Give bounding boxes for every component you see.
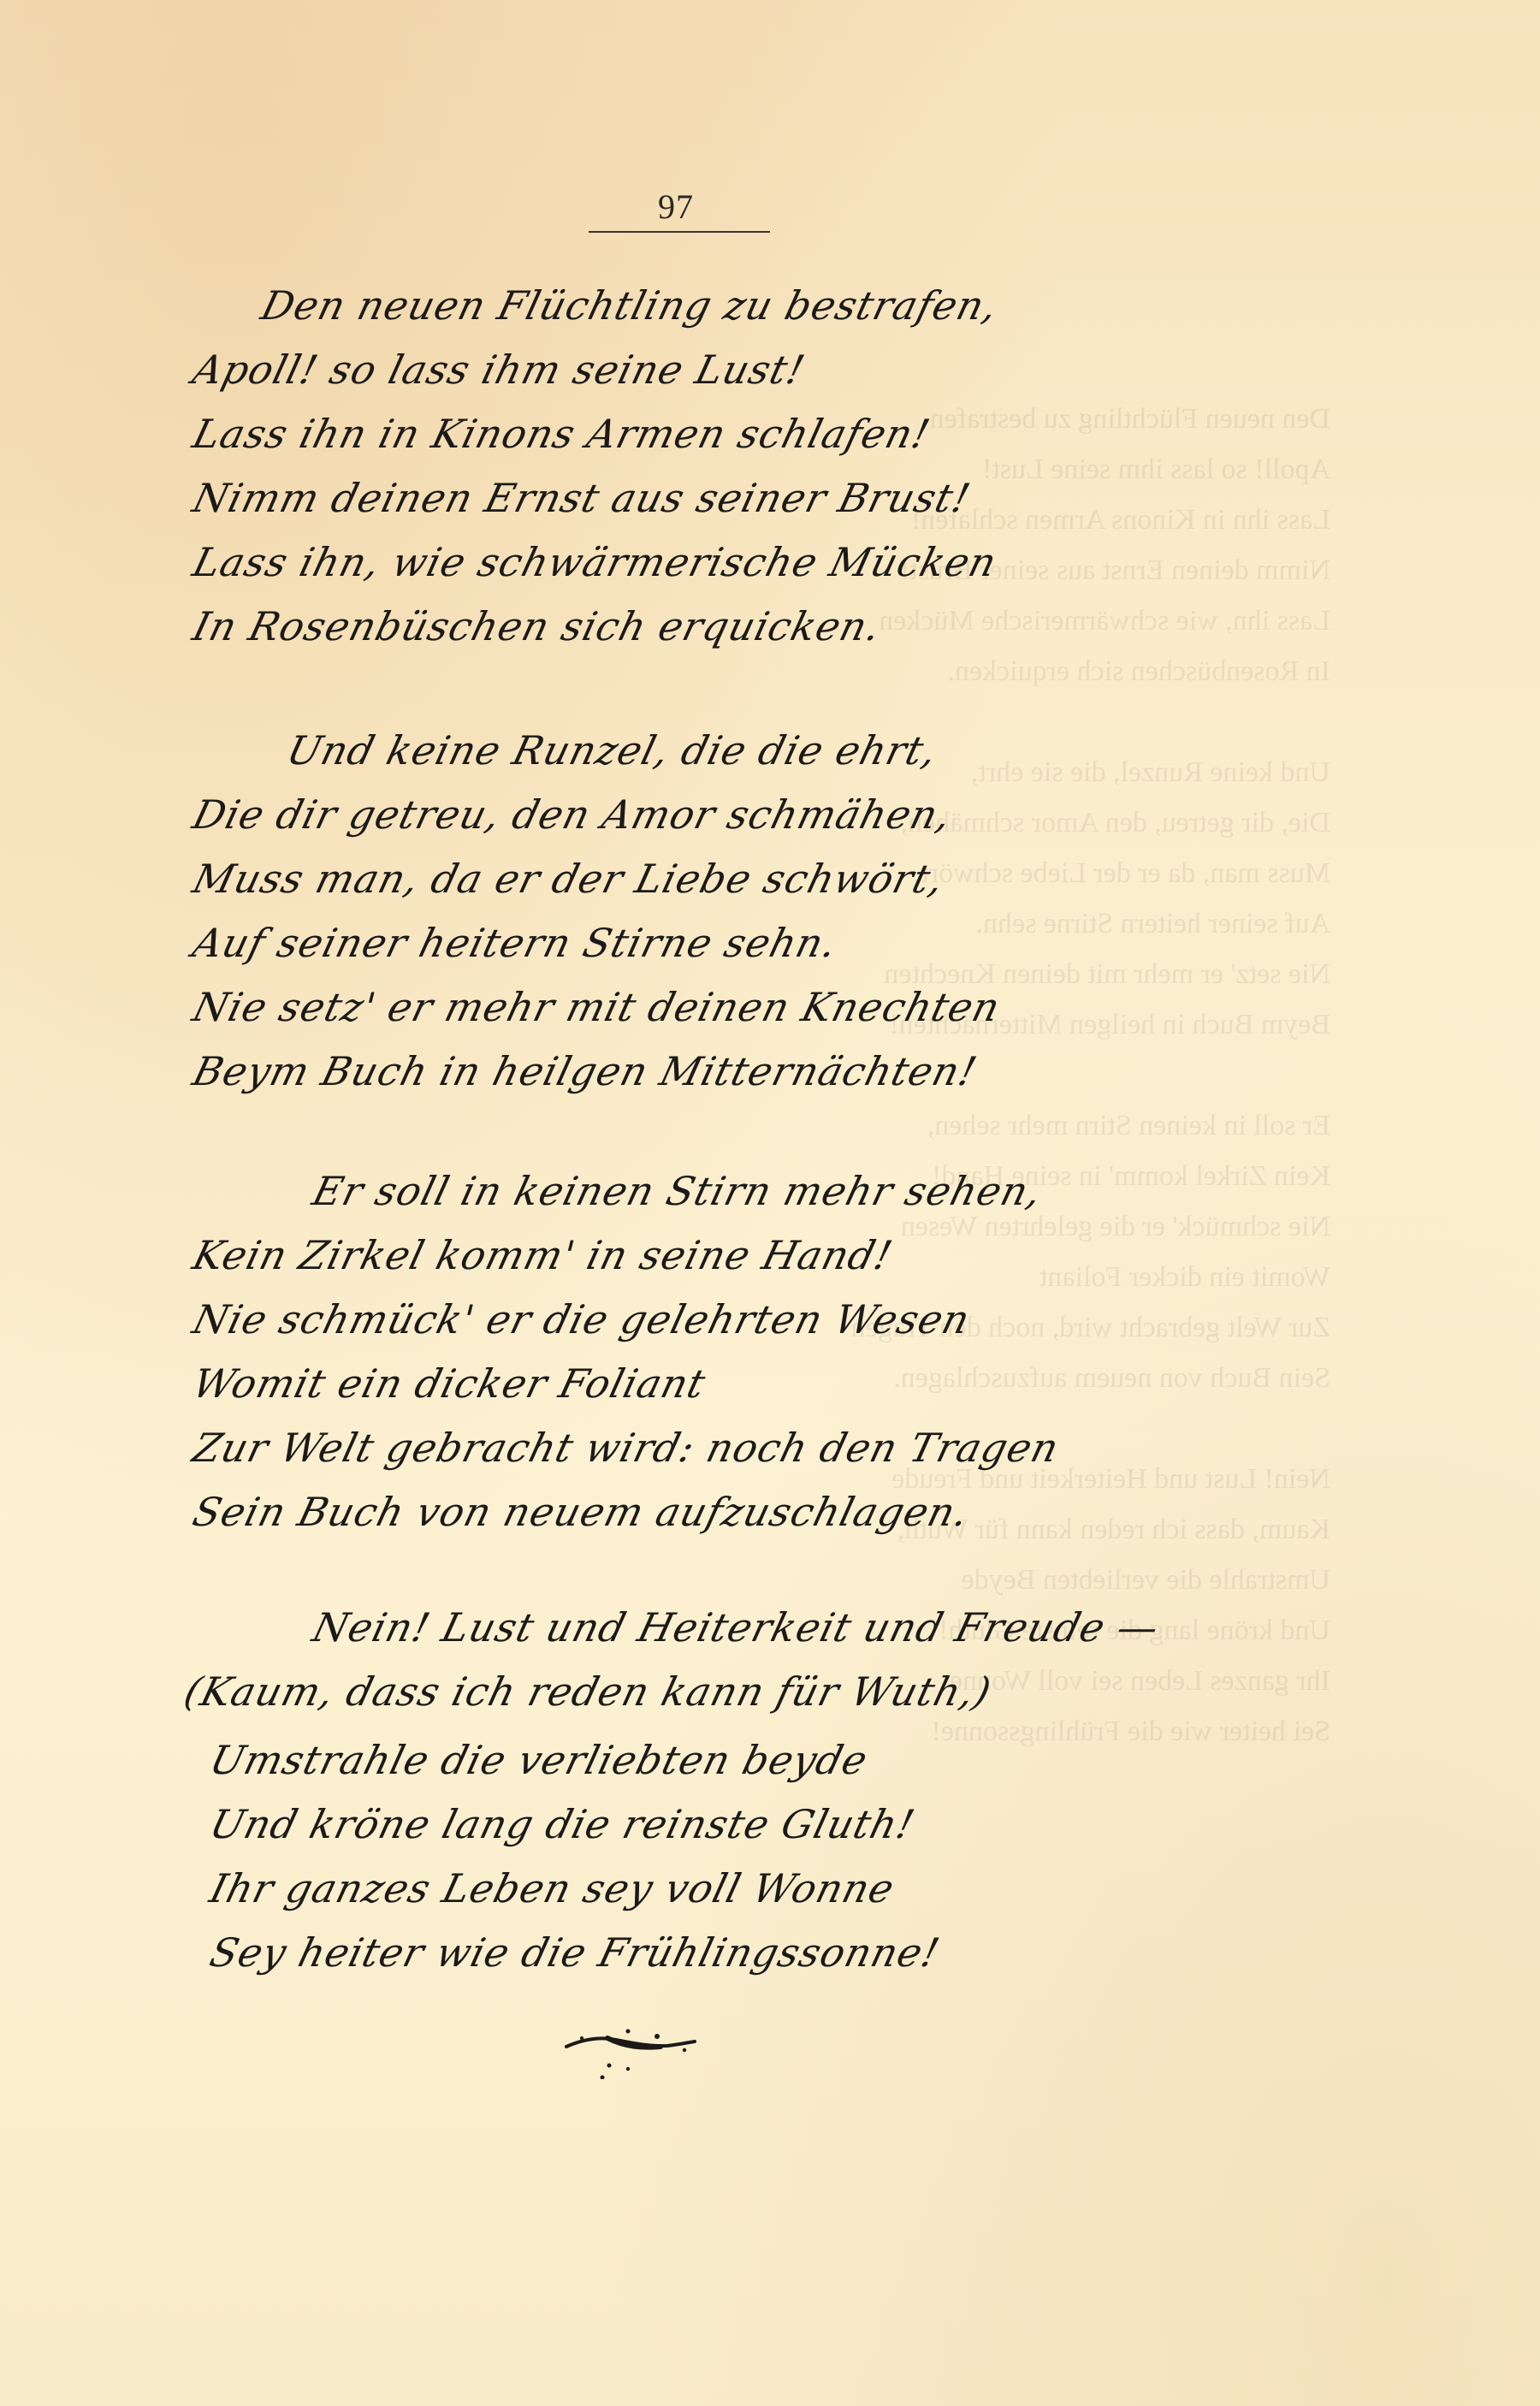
showthrough-line: Er soll in keinen Stirn mehr sehen,: [971, 1100, 1330, 1151]
manuscript-line: Muss man, da er der Liebe schwört,: [188, 856, 949, 902]
manuscript-line: Den neuen Flüchtling zu bestrafen,: [257, 282, 1003, 329]
showthrough-line: Zur Welt gebracht wird, noch den Tragen: [971, 1302, 1330, 1353]
document-page: 97 Den neuen Flüchtling zu bestrafenApol…: [0, 0, 1540, 2406]
showthrough-line: Umstrahle die verliebten Beyde: [971, 1555, 1330, 1605]
manuscript-line: Umstrahle die verliebten beyde: [205, 1737, 873, 1783]
showthrough-line: Muss man, da er der Liebe schwört,: [971, 848, 1330, 898]
showthrough-line: Lass ihn, wie schwärmerische Mücken: [971, 596, 1330, 646]
showthrough-line: Nie setz' er mehr mit deinen Knechten: [971, 949, 1330, 999]
showthrough-line: Sein Buch von neuem aufzuschlagen.: [971, 1353, 1330, 1403]
manuscript-line: Womit ein dicker Foliant: [188, 1360, 711, 1407]
showthrough-line: Ihr ganzes Leben sei voll Wonne: [971, 1656, 1330, 1706]
manuscript-line: Apoll! so lass ihm seine Lust!: [188, 347, 810, 393]
reverse-side-showthrough-text: Den neuen Flüchtling zu bestrafenApoll! …: [971, 394, 1330, 1757]
flourish-ornament-icon: [556, 2028, 710, 2079]
showthrough-line: Apoll! so lass ihm seine Lust!: [971, 444, 1330, 495]
manuscript-line: Lass ihn, wie schwärmerische Mücken: [188, 539, 1002, 585]
showthrough-line: Sei heiter wie die Frühlingssonne!: [971, 1706, 1330, 1757]
showthrough-line: Beym Buch in heilgen Mitternächten!: [971, 999, 1330, 1050]
manuscript-line: Nein! Lust und Heiterkeit und Freude —: [308, 1604, 1164, 1650]
manuscript-line: Er soll in keinen Stirn mehr sehen,: [308, 1168, 1047, 1214]
manuscript-line: Nimm deinen Ernst aus seiner Brust!: [188, 475, 975, 521]
showthrough-line: Den neuen Flüchtling zu bestrafen: [971, 394, 1330, 444]
manuscript-line: Auf seiner heitern Stirne sehn.: [188, 920, 842, 966]
manuscript-line: Nie schmück' er die gelehrten Wesen: [188, 1296, 975, 1342]
showthrough-line: [971, 1050, 1330, 1100]
manuscript-line: Lass ihn in Kinons Armen schlafen!: [188, 411, 935, 457]
manuscript-line: Und kröne lang die reinste Gluth!: [205, 1801, 920, 1847]
manuscript-line: Ihr ganzes Leben sey voll Wonne: [205, 1865, 899, 1911]
manuscript-line: Die dir getreu, den Amor schmähen,: [188, 791, 957, 838]
showthrough-line: Und keine Runzel, die sie ehrt,: [971, 747, 1330, 797]
manuscript-line: Zur Welt gebracht wird: noch den Tragen: [188, 1425, 1064, 1471]
showthrough-line: In Rosenbüschen sich erquicken.: [971, 646, 1330, 696]
manuscript-line: Beym Buch in heilgen Mitternächten!: [188, 1048, 982, 1094]
manuscript-line: Kein Zirkel komm' in seine Hand!: [188, 1232, 897, 1278]
page-number-rule: [589, 231, 770, 233]
showthrough-line: Auf seiner heitern Stirne sehn.: [971, 898, 1330, 949]
page-number: 97: [590, 187, 761, 227]
manuscript-line: (Kaum, dass ich reden kann für Wuth,): [180, 1668, 996, 1715]
showthrough-line: Nimm deinen Ernst aus seiner Brust!: [971, 545, 1330, 596]
manuscript-line: Sey heiter wie die Frühlingssonne!: [205, 1929, 945, 1976]
showthrough-line: Die, dir getreu, den Amor schmähen,: [971, 797, 1330, 848]
showthrough-line: Lass ihn in Kinons Armen schlafen!: [971, 495, 1330, 545]
showthrough-line: [971, 696, 1330, 747]
manuscript-line: Nie setz' er mehr mit deinen Knechten: [188, 984, 1005, 1030]
manuscript-line: Sein Buch von neuem aufzuschlagen.: [188, 1489, 974, 1535]
manuscript-line: Und keine Runzel, die die ehrt,: [282, 727, 942, 773]
showthrough-line: Kaum, dass ich reden kann für Wuth,: [971, 1504, 1330, 1555]
showthrough-line: Womit ein dicker Foliant: [971, 1252, 1330, 1302]
manuscript-line: In Rosenbüschen sich erquicken.: [188, 603, 886, 649]
